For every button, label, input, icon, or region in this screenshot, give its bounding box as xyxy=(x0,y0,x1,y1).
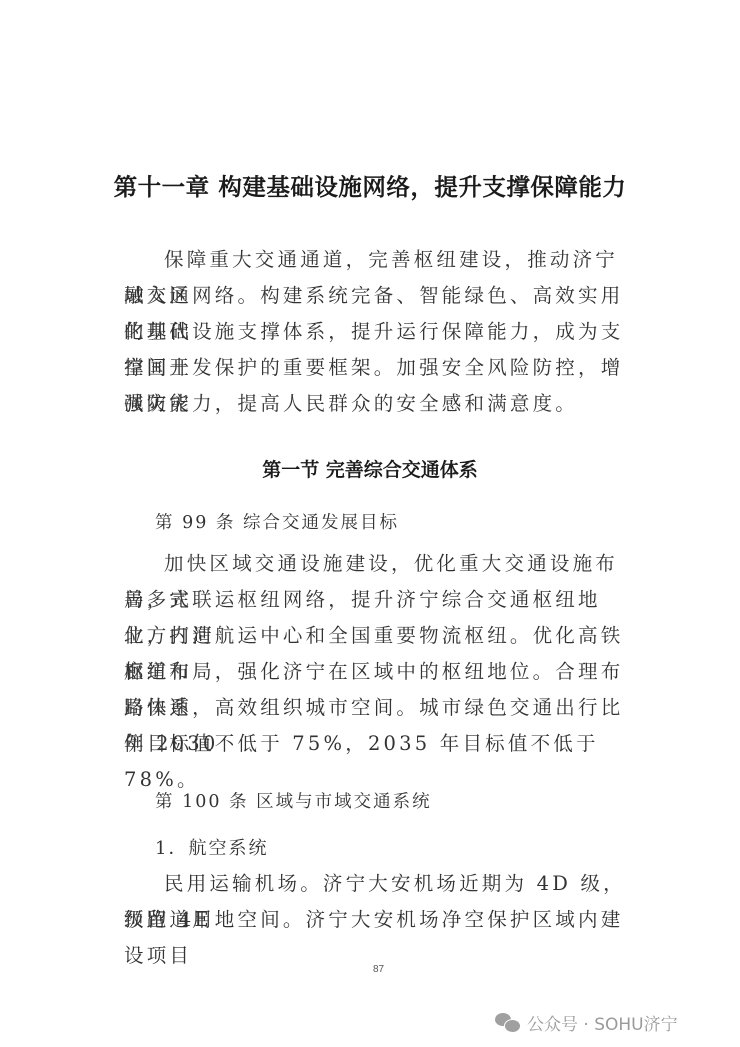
intro-line: 减灾能力，提高人民群众的安全感和满意度。 xyxy=(124,386,634,422)
chapter-title: 第十一章 构建基础设施网络，提升支撑保障能力 xyxy=(0,168,740,202)
document-page: 第十一章 构建基础设施网络，提升支撑保障能力 保障重大交通通道，完善枢纽建设，推… xyxy=(0,0,740,1047)
watermark-text: 公众号 · SOHU济宁 xyxy=(527,1010,678,1035)
watermark: 公众号 · SOHU济宁 xyxy=(495,1010,678,1035)
item-aviation-system: 1．航空系统 xyxy=(155,834,268,860)
article-100-heading: 第 100 条 区域与市域交通系统 xyxy=(155,788,432,813)
section-title: 第一节 完善综合交通体系 xyxy=(0,455,740,482)
page-number: 87 xyxy=(373,964,384,975)
article-99-heading: 第 99 条 综合交通发展目标 xyxy=(155,509,399,534)
wechat-icon xyxy=(495,1013,521,1033)
